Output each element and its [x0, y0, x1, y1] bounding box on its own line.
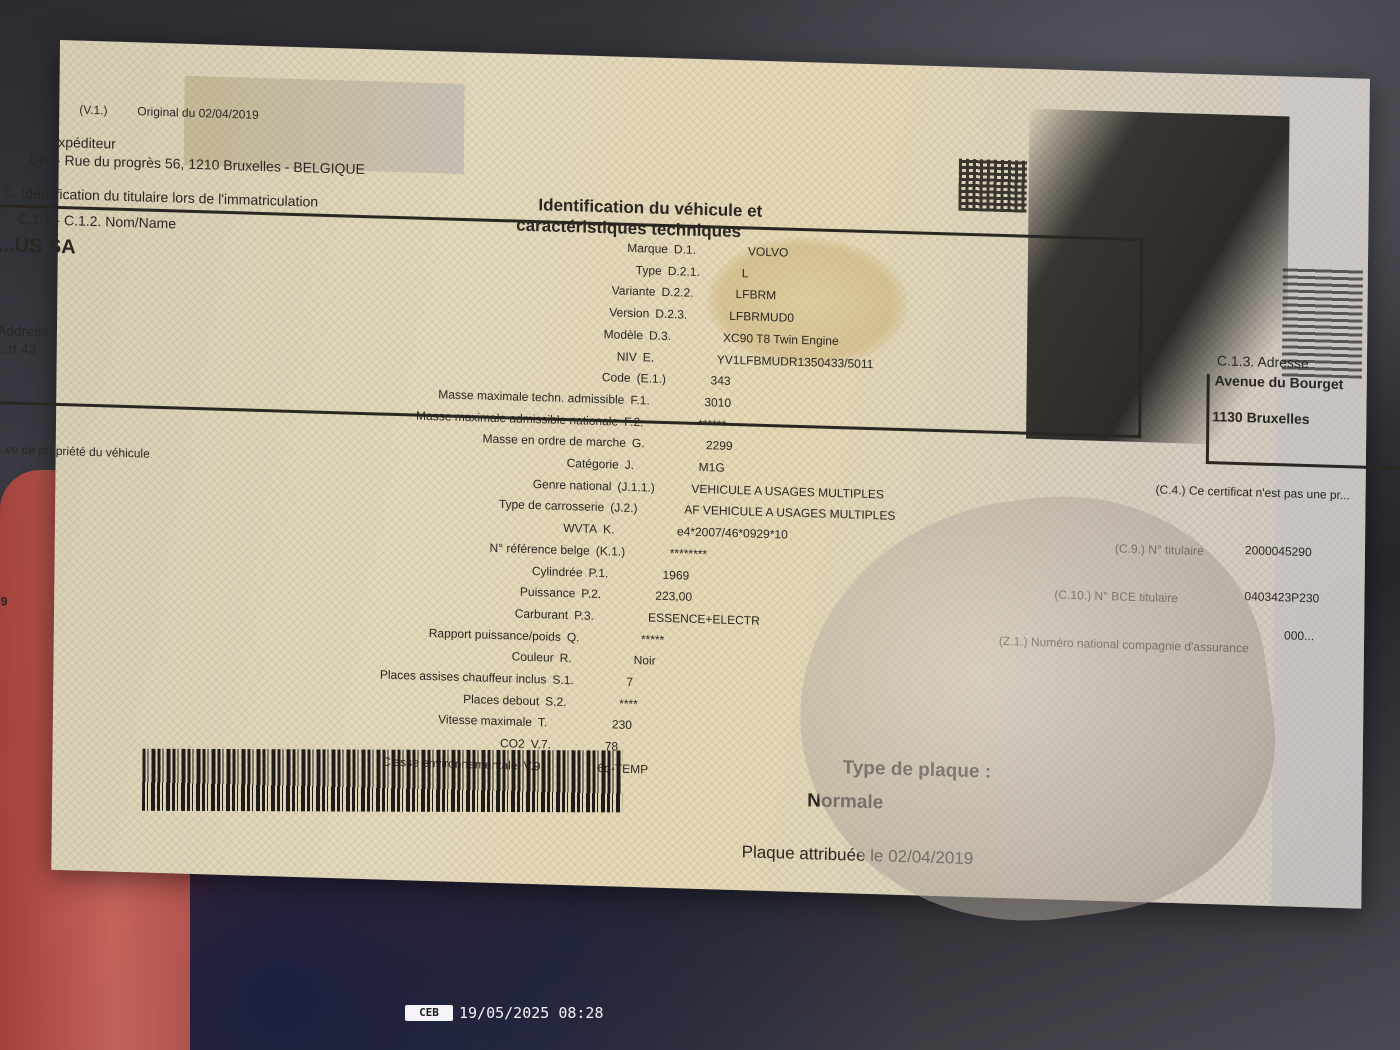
holder-address: ...rt 42: [0, 340, 37, 357]
tech-row-code: T.: [532, 715, 612, 731]
timestamp-text: 19/05/2025 08:28: [459, 1004, 604, 1022]
insurance-number: 000...: [1284, 628, 1314, 643]
tech-row-value: 2299: [706, 438, 733, 453]
tech-row-label: Puissance: [235, 576, 575, 600]
tech-row-code: J.: [619, 458, 699, 474]
tech-row-value: AF VEHICULE A USAGES MULTIPLES: [684, 503, 895, 523]
tech-row-value: 7: [626, 675, 633, 689]
tech-row-code: (J.2.): [604, 501, 684, 517]
bce-number: 0403423P230: [1244, 589, 1319, 605]
tech-row-code: Q.: [561, 629, 641, 645]
expediteur-label: Expéditeur: [49, 134, 116, 152]
left-edge-value: 39: [0, 594, 8, 608]
tech-row-code: D.2.3.: [649, 307, 729, 323]
tech-row-code: (E.1.): [631, 371, 711, 387]
tech-row-label: Couleur: [214, 641, 554, 665]
tech-row-code: R.: [554, 651, 634, 667]
tech-row-value: ********: [670, 546, 708, 561]
tech-row-value: ESSENCE+ELECTR: [648, 610, 760, 627]
tech-row-value: 223,00: [655, 589, 692, 604]
tech-row-value: e4*2007/46*0929*10: [677, 524, 788, 541]
tech-row-label: Places debout: [199, 684, 539, 708]
tech-row-code: E.: [637, 350, 717, 366]
tech-row-code: P.2.: [575, 587, 655, 603]
tech-row-code: D.3.: [643, 328, 723, 344]
tech-row-code: D.2.1.: [662, 264, 742, 280]
tech-row-code: P.3.: [568, 608, 648, 624]
tech-row-code: (J.1.1.): [611, 479, 691, 495]
tech-row-code: F.1.: [624, 393, 704, 409]
tech-row-value: VEHICULE A USAGES MULTIPLES: [691, 481, 884, 501]
tech-row-code: S.2.: [539, 694, 619, 710]
tech-row-value: VOLVO: [748, 244, 789, 259]
pdf417-barcode: [142, 749, 623, 813]
holder-address-label: Address: [0, 322, 48, 340]
tech-row-label: Vitesse maximale: [192, 705, 532, 729]
tech-row-value: M1G: [699, 460, 725, 475]
tech-row-value: 1969: [662, 567, 689, 582]
holder-name: ...US SA: [0, 234, 76, 259]
tech-row-code: (K.1.): [590, 544, 670, 560]
right-address-label: C.1.3. Adresse: [1217, 352, 1309, 371]
tech-row-label: Places assises chauffeur inclus: [206, 662, 546, 686]
tech-row-value: Noir: [634, 653, 656, 668]
tech-row-value: LFBRMUD0: [729, 309, 794, 325]
tech-row-label: Catégorie: [279, 448, 619, 472]
camera-badge: CEB: [405, 1005, 453, 1021]
holder-number: 2000045290: [1245, 543, 1312, 559]
tech-row-value: *****: [641, 632, 665, 647]
tech-row-code: K.: [597, 522, 677, 538]
tech-row-label: Type de carrosserie: [264, 490, 604, 514]
tech-row-label: Rapport puissance/poids: [221, 619, 561, 643]
tech-row-value: 343: [711, 374, 731, 389]
tech-row-label: WVTA: [257, 512, 597, 536]
tech-row-label: CO2: [185, 727, 525, 751]
tech-row-label: Cylindrée: [243, 555, 583, 579]
tech-row-value: ****: [619, 696, 638, 711]
tech-row-code: P.1.: [582, 565, 662, 581]
tech-title: Identification du véhicule et caractéris…: [538, 194, 762, 243]
tech-row-code: F.2.: [618, 414, 698, 430]
tech-row-label: N° référence belge: [250, 533, 590, 557]
camera-timestamp: CEB 19/05/2025 08:28: [405, 1004, 604, 1022]
qr-code: [958, 159, 1027, 213]
tech-row-label: Carburant: [228, 598, 568, 622]
tech-row-value: 230: [612, 718, 632, 733]
doc-code: (V.1.): [79, 103, 107, 118]
original-date: Original du 02/04/2019: [137, 104, 259, 122]
tech-row-value: ******: [698, 417, 726, 432]
right-address-line2: 1130 Bruxelles: [1212, 408, 1309, 427]
tech-row-label: Genre national: [271, 469, 611, 493]
tech-row-code: S.1.: [546, 672, 626, 688]
tech-row-value: 3010: [704, 395, 731, 410]
tech-row-code: D.2.2.: [655, 285, 735, 301]
tech-row-code: G.: [626, 436, 706, 452]
tech-row-value: L: [742, 266, 749, 280]
tech-row-code: D.1.: [668, 242, 748, 258]
tech-row-value: LFBRM: [735, 287, 776, 302]
tech-row-label: Masse en ordre de marche: [286, 426, 626, 450]
